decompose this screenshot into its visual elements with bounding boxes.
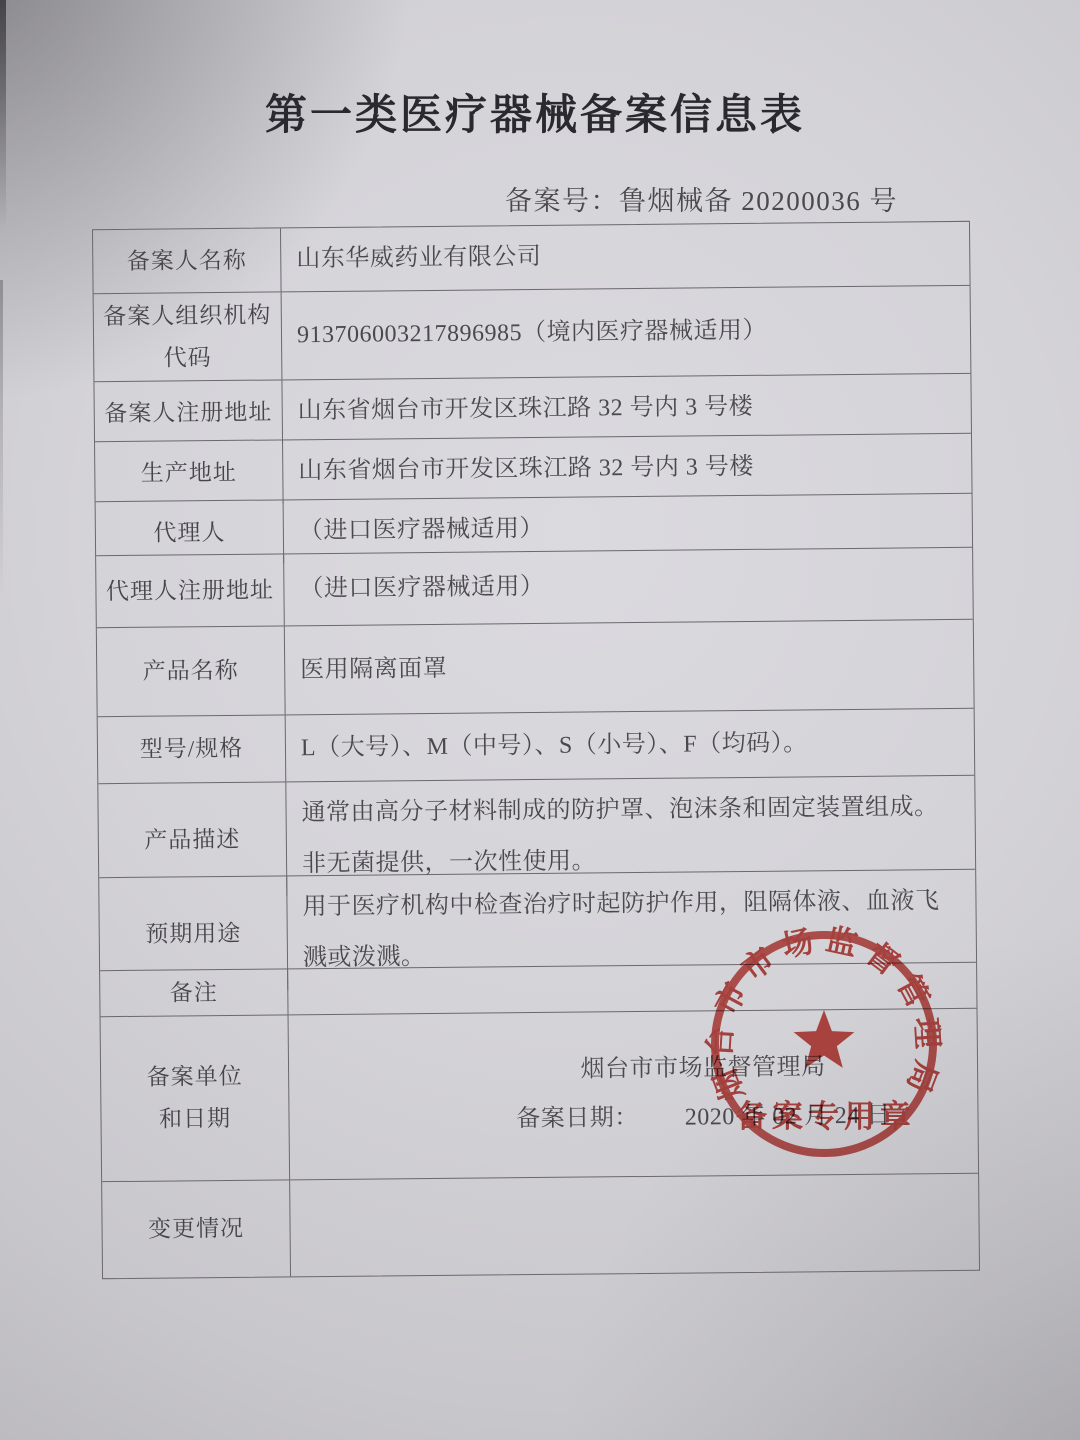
row-value: 医用隔离面罩 bbox=[285, 620, 974, 715]
filing-number-label: 备案号： bbox=[505, 186, 619, 216]
official-seal: 烟台市市场监督管理局 备案专用章 bbox=[692, 912, 956, 1176]
page-title: 第一类医疗器械备案信息表 bbox=[0, 82, 1070, 142]
photo-edge-shadow bbox=[0, 280, 3, 600]
row-label: 备案人名称 bbox=[93, 228, 282, 293]
row-value: 山东省烟台市开发区珠江路 32 号内 3 号楼 bbox=[282, 374, 971, 444]
row-label: 备案单位 和日期 bbox=[101, 1015, 291, 1181]
row-label: 产品名称 bbox=[97, 626, 286, 716]
row-label: 备案人组织机构 代码 bbox=[94, 292, 283, 381]
row-value: （进口医疗器械适用） bbox=[284, 548, 973, 626]
row-label: 备案人注册地址 bbox=[94, 380, 283, 445]
seal-graphic: 烟台市市场监督管理局 备案专用章 bbox=[692, 912, 956, 1176]
row-label: 生产地址 bbox=[95, 440, 284, 505]
table-row-change-status: 变更情况 bbox=[102, 1174, 979, 1278]
table-row-product-description: 产品描述 通常由高分子材料制成的防护罩、泡沫条和固定装置组成。非无菌提供，一次性… bbox=[98, 776, 975, 878]
table-row-agent-address: 代理人注册地址 （进口医疗器械适用） bbox=[96, 548, 973, 628]
row-label: 变更情况 bbox=[102, 1180, 291, 1278]
table-row-model-spec: 型号/规格 L（大号）、M（中号）、S（小号）、F（均码）。 bbox=[98, 709, 975, 784]
row-value: 913706003217896985（境内医疗器械适用） bbox=[282, 286, 971, 380]
filing-number: 备案号：鲁烟械备 20200036 号 bbox=[505, 179, 898, 218]
filing-number-value: 鲁烟械备 20200036 号 bbox=[619, 186, 898, 216]
table-row-registrant-address: 备案人注册地址 山东省烟台市开发区珠江路 32 号内 3 号楼 bbox=[94, 374, 971, 442]
table-row-registrant-name: 备案人名称 山东华威药业有限公司 bbox=[93, 222, 970, 294]
row-value: L（大号）、M（中号）、S（小号）、F（均码）。 bbox=[286, 709, 975, 782]
table-row-agent: 代理人 （进口医疗器械适用） bbox=[96, 494, 972, 556]
table-row-production-address: 生产地址 山东省烟台市开发区珠江路 32 号内 3 号楼 bbox=[95, 434, 972, 502]
row-label: 备注 bbox=[100, 969, 288, 1016]
table-row-org-code: 备案人组织机构 代码 913706003217896985（境内医疗器械适用） bbox=[94, 286, 971, 382]
table-row-product-name: 产品名称 医用隔离面罩 bbox=[97, 620, 974, 717]
row-label: 代理人注册地址 bbox=[96, 554, 285, 627]
row-value bbox=[290, 1174, 979, 1277]
row-value: 山东华威药业有限公司 bbox=[281, 222, 970, 292]
filing-date-label: 备案日期： bbox=[516, 1105, 639, 1132]
seal-bottom-text: 备案专用章 bbox=[736, 1099, 916, 1134]
row-label: 型号/规格 bbox=[98, 715, 287, 783]
row-value: 山东省烟台市开发区珠江路 32 号内 3 号楼 bbox=[283, 434, 972, 504]
star-icon bbox=[794, 1010, 855, 1068]
